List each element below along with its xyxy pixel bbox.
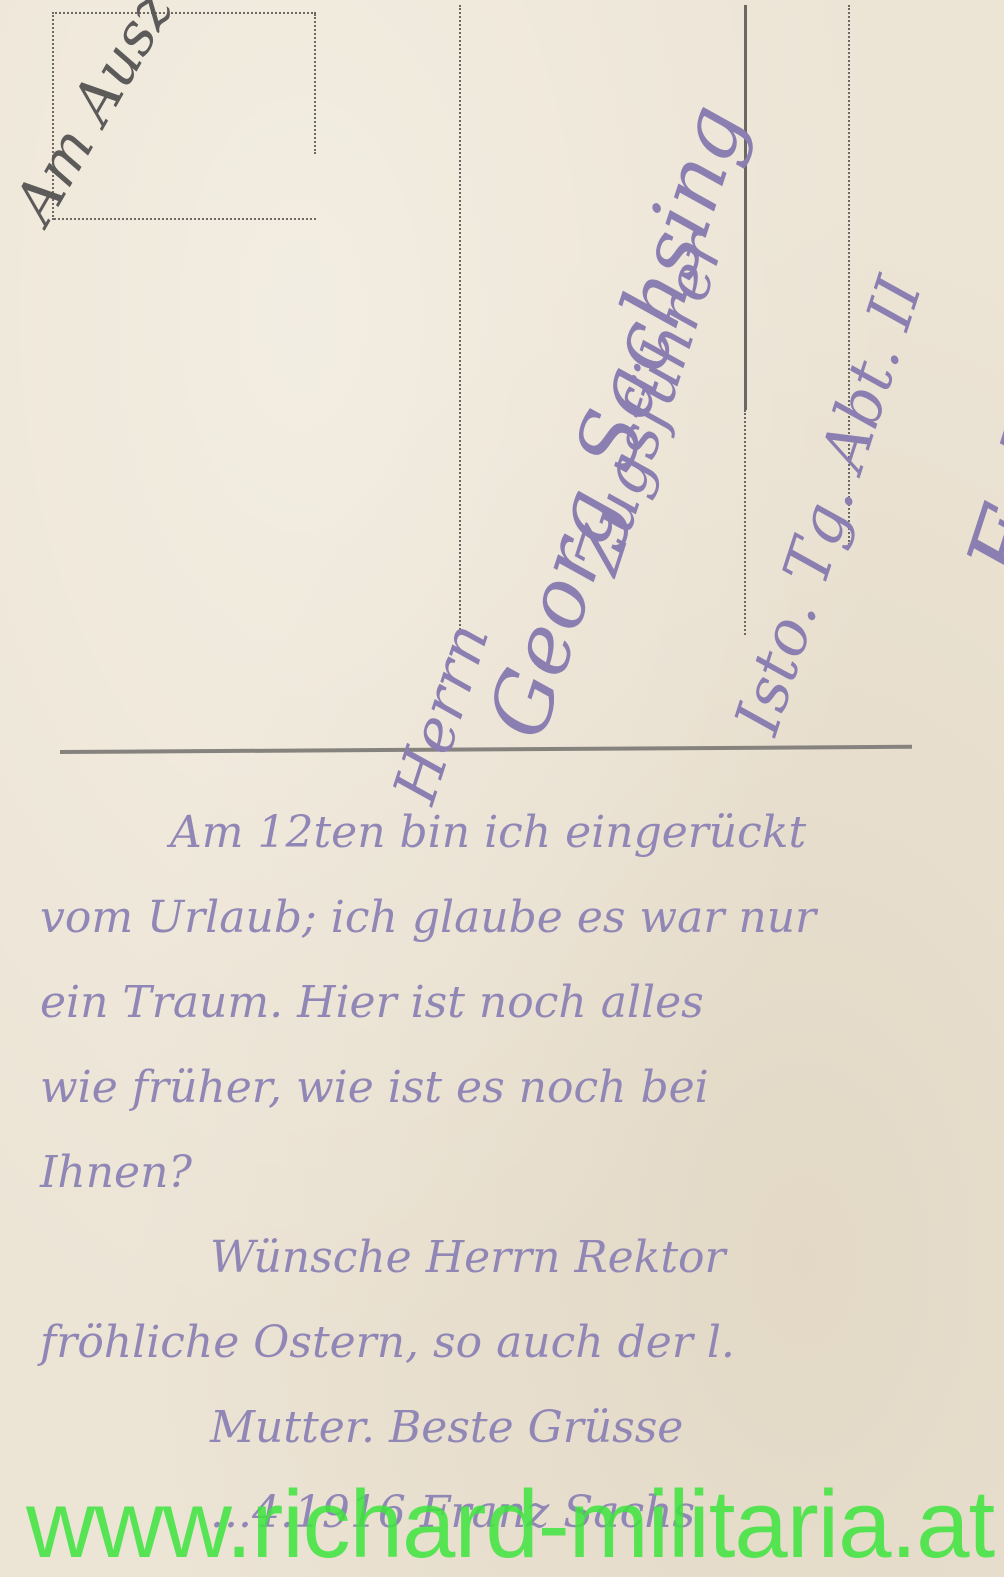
- address-line-unit: Isto. Tg. Abt. II: [720, 268, 936, 742]
- message-line: Mutter. Beste Grüsse: [40, 1385, 980, 1470]
- stamp-box-right-border: [314, 14, 316, 154]
- address-dotted-line-1: [459, 5, 461, 630]
- divider-line: [60, 745, 912, 754]
- postcard-back: Am Auszug Herrn Georg Sachsing Zugsführe…: [0, 0, 1004, 1577]
- message-line: Am 12ten bin ich eingerückt: [40, 790, 980, 875]
- address-dotted-line-2: [744, 410, 746, 635]
- message-line: vom Urlaub; ich glaube es war nur: [40, 875, 980, 960]
- address-line-fieldpost: Feldpost 611: [945, 0, 1004, 595]
- handwritten-message: Am 12ten bin ich eingerückt vom Urlaub; …: [40, 790, 980, 1555]
- stamp-box-bottom-border: [54, 218, 316, 220]
- address-solid-line: [744, 5, 747, 410]
- message-line: fröhliche Ostern, so auch der l.: [40, 1300, 980, 1385]
- watermark: www.richard-militaria.at: [26, 1470, 994, 1577]
- message-line: wie früher, wie ist es noch bei: [40, 1045, 980, 1130]
- message-line: Ihnen?: [40, 1130, 980, 1215]
- message-line: Wünsche Herrn Rektor: [40, 1215, 980, 1300]
- message-line: ein Traum. Hier ist noch alles: [40, 960, 980, 1045]
